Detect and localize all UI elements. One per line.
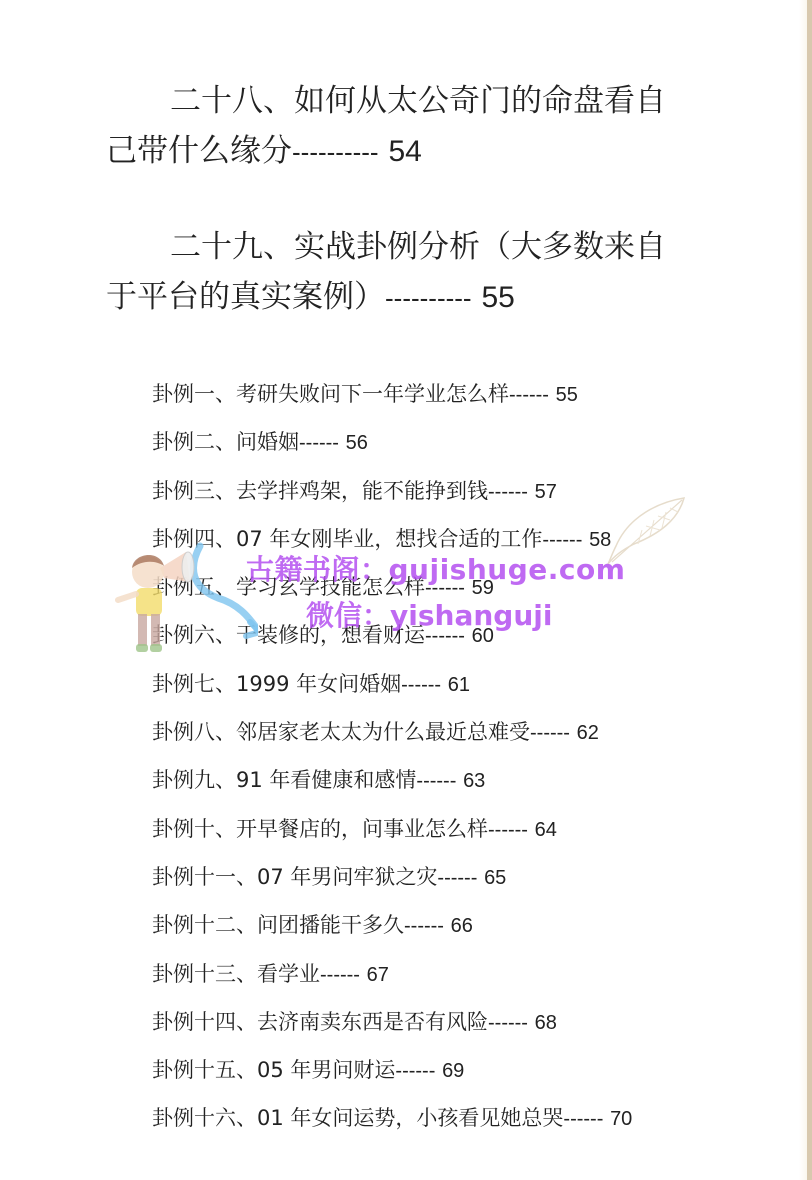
toc-case-item[interactable]: 卦例十、开早餐店的，问事业怎么样------ 64 xyxy=(152,808,732,856)
page-number: 66 xyxy=(451,915,473,937)
chapter-title-line1: 二十九、实战卦例分析（大多数来自 xyxy=(106,222,726,272)
page-number: 61 xyxy=(448,674,470,696)
chapter-title-line2: 于平台的真实案例）---------- 55 xyxy=(106,272,726,323)
chapter-title-line1: 二十八、如何从太公奇门的命盘看自 xyxy=(106,76,726,126)
leader-dots: ------ xyxy=(488,819,528,841)
case-title: 卦例十四、去济南卖东西是否有风险 xyxy=(152,1010,488,1034)
toc-case-item[interactable]: 卦例十六、01 年女问运势，小孩看见她总哭------ 70 xyxy=(152,1097,732,1145)
leader-dots: ---------- xyxy=(292,137,379,167)
toc-case-item[interactable]: 卦例十五、05 年男问财运------ 69 xyxy=(152,1049,732,1097)
page-number: 57 xyxy=(535,481,557,503)
toc-case-item[interactable]: 卦例七、1999 年女问婚姻------ 61 xyxy=(152,663,732,711)
chapter-title-text: 己带什么缘分 xyxy=(106,133,292,169)
chapter-title-text: 于平台的真实案例） xyxy=(106,279,385,315)
toc-case-item[interactable]: 卦例五、学习玄学技能怎么样------ 59 xyxy=(152,566,732,614)
case-title: 卦例九、91 年看健康和感情 xyxy=(152,768,416,792)
case-title: 卦例十六、01 年女问运势，小孩看见她总哭 xyxy=(152,1106,563,1130)
leader-dots: ------ xyxy=(425,577,465,599)
page-number: 67 xyxy=(367,964,389,986)
leader-dots: ------ xyxy=(404,915,444,937)
case-title: 卦例五、学习玄学技能怎么样 xyxy=(152,575,425,599)
leader-dots: ------ xyxy=(488,481,528,503)
leader-dots: ------ xyxy=(416,770,456,792)
leader-dots: ------ xyxy=(437,867,477,889)
page-number: 55 xyxy=(481,281,514,314)
page-number: 63 xyxy=(463,770,485,792)
toc-chapter-29[interactable]: 二十九、实战卦例分析（大多数来自 于平台的真实案例）---------- 55 xyxy=(106,222,726,323)
page-edge xyxy=(807,0,812,1180)
case-title: 卦例七、1999 年女问婚姻 xyxy=(152,672,401,696)
page-number: 58 xyxy=(589,529,611,551)
toc-case-item[interactable]: 卦例十三、看学业------ 67 xyxy=(152,953,732,1001)
page-number: 56 xyxy=(346,432,368,454)
toc-case-item[interactable]: 卦例九、91 年看健康和感情------ 63 xyxy=(152,759,732,807)
case-title: 卦例十一、07 年男问牢狱之灾 xyxy=(152,865,437,889)
page-number: 59 xyxy=(472,577,494,599)
leader-dots: ------ xyxy=(563,1108,603,1130)
leader-dots: ------ xyxy=(425,625,465,647)
case-list: 卦例一、考研失败问下一年学业怎么样------ 55 卦例二、问婚姻------… xyxy=(152,373,732,1146)
case-title: 卦例四、07 年女刚毕业，想找合适的工作 xyxy=(152,527,542,551)
page-number: 60 xyxy=(472,625,494,647)
case-title: 卦例一、考研失败问下一年学业怎么样 xyxy=(152,382,509,406)
leader-dots: ---------- xyxy=(385,283,472,313)
case-title: 卦例十二、问团播能干多久 xyxy=(152,913,404,937)
case-title: 卦例八、邻居家老太太为什么最近总难受 xyxy=(152,720,530,744)
page-number: 62 xyxy=(577,722,599,744)
case-title: 卦例十五、05 年男问财运 xyxy=(152,1058,395,1082)
case-title: 卦例二、问婚姻 xyxy=(152,430,299,454)
chapter-title-text: 二十八、如何从太公奇门的命盘看自 xyxy=(170,83,666,119)
toc-case-item[interactable]: 卦例二、问婚姻------ 56 xyxy=(152,421,732,469)
chapter-title-line2: 己带什么缘分---------- 54 xyxy=(106,126,726,177)
toc-chapter-28[interactable]: 二十八、如何从太公奇门的命盘看自 己带什么缘分---------- 54 xyxy=(106,76,726,177)
toc-case-item[interactable]: 卦例一、考研失败问下一年学业怎么样------ 55 xyxy=(152,373,732,421)
leader-dots: ------ xyxy=(299,432,339,454)
page-number: 55 xyxy=(556,384,578,406)
leader-dots: ------ xyxy=(320,964,360,986)
leader-dots: ------ xyxy=(401,674,441,696)
toc-case-item[interactable]: 卦例八、邻居家老太太为什么最近总难受------ 62 xyxy=(152,711,732,759)
toc-case-item[interactable]: 卦例六、干装修的，想看财运------ 60 xyxy=(152,614,732,662)
toc-case-item[interactable]: 卦例十四、去济南卖东西是否有风险------ 68 xyxy=(152,1001,732,1049)
toc-case-item[interactable]: 卦例十二、问团播能干多久------ 66 xyxy=(152,904,732,952)
leader-dots: ------ xyxy=(530,722,570,744)
case-title: 卦例六、干装修的，想看财运 xyxy=(152,623,425,647)
case-title: 卦例三、去学拌鸡架，能不能挣到钱 xyxy=(152,479,488,503)
toc-case-item[interactable]: 卦例四、07 年女刚毕业，想找合适的工作------ 58 xyxy=(152,518,732,566)
page-number: 54 xyxy=(388,135,421,168)
page-number: 68 xyxy=(535,1012,557,1034)
leader-dots: ------ xyxy=(395,1060,435,1082)
toc-case-item[interactable]: 卦例三、去学拌鸡架，能不能挣到钱------ 57 xyxy=(152,470,732,518)
case-title: 卦例十、开早餐店的，问事业怎么样 xyxy=(152,817,488,841)
toc-case-item[interactable]: 卦例十一、07 年男问牢狱之灾------ 65 xyxy=(152,856,732,904)
page-number: 65 xyxy=(484,867,506,889)
case-title: 卦例十三、看学业 xyxy=(152,962,320,986)
leader-dots: ------ xyxy=(509,384,549,406)
leader-dots: ------ xyxy=(488,1012,528,1034)
chapter-title-text: 二十九、实战卦例分析（大多数来自 xyxy=(170,229,666,265)
page-number: 69 xyxy=(442,1060,464,1082)
page-edge-shadow xyxy=(799,0,807,1180)
leader-dots: ------ xyxy=(542,529,582,551)
page-number: 64 xyxy=(535,819,557,841)
page-number: 70 xyxy=(610,1108,632,1130)
